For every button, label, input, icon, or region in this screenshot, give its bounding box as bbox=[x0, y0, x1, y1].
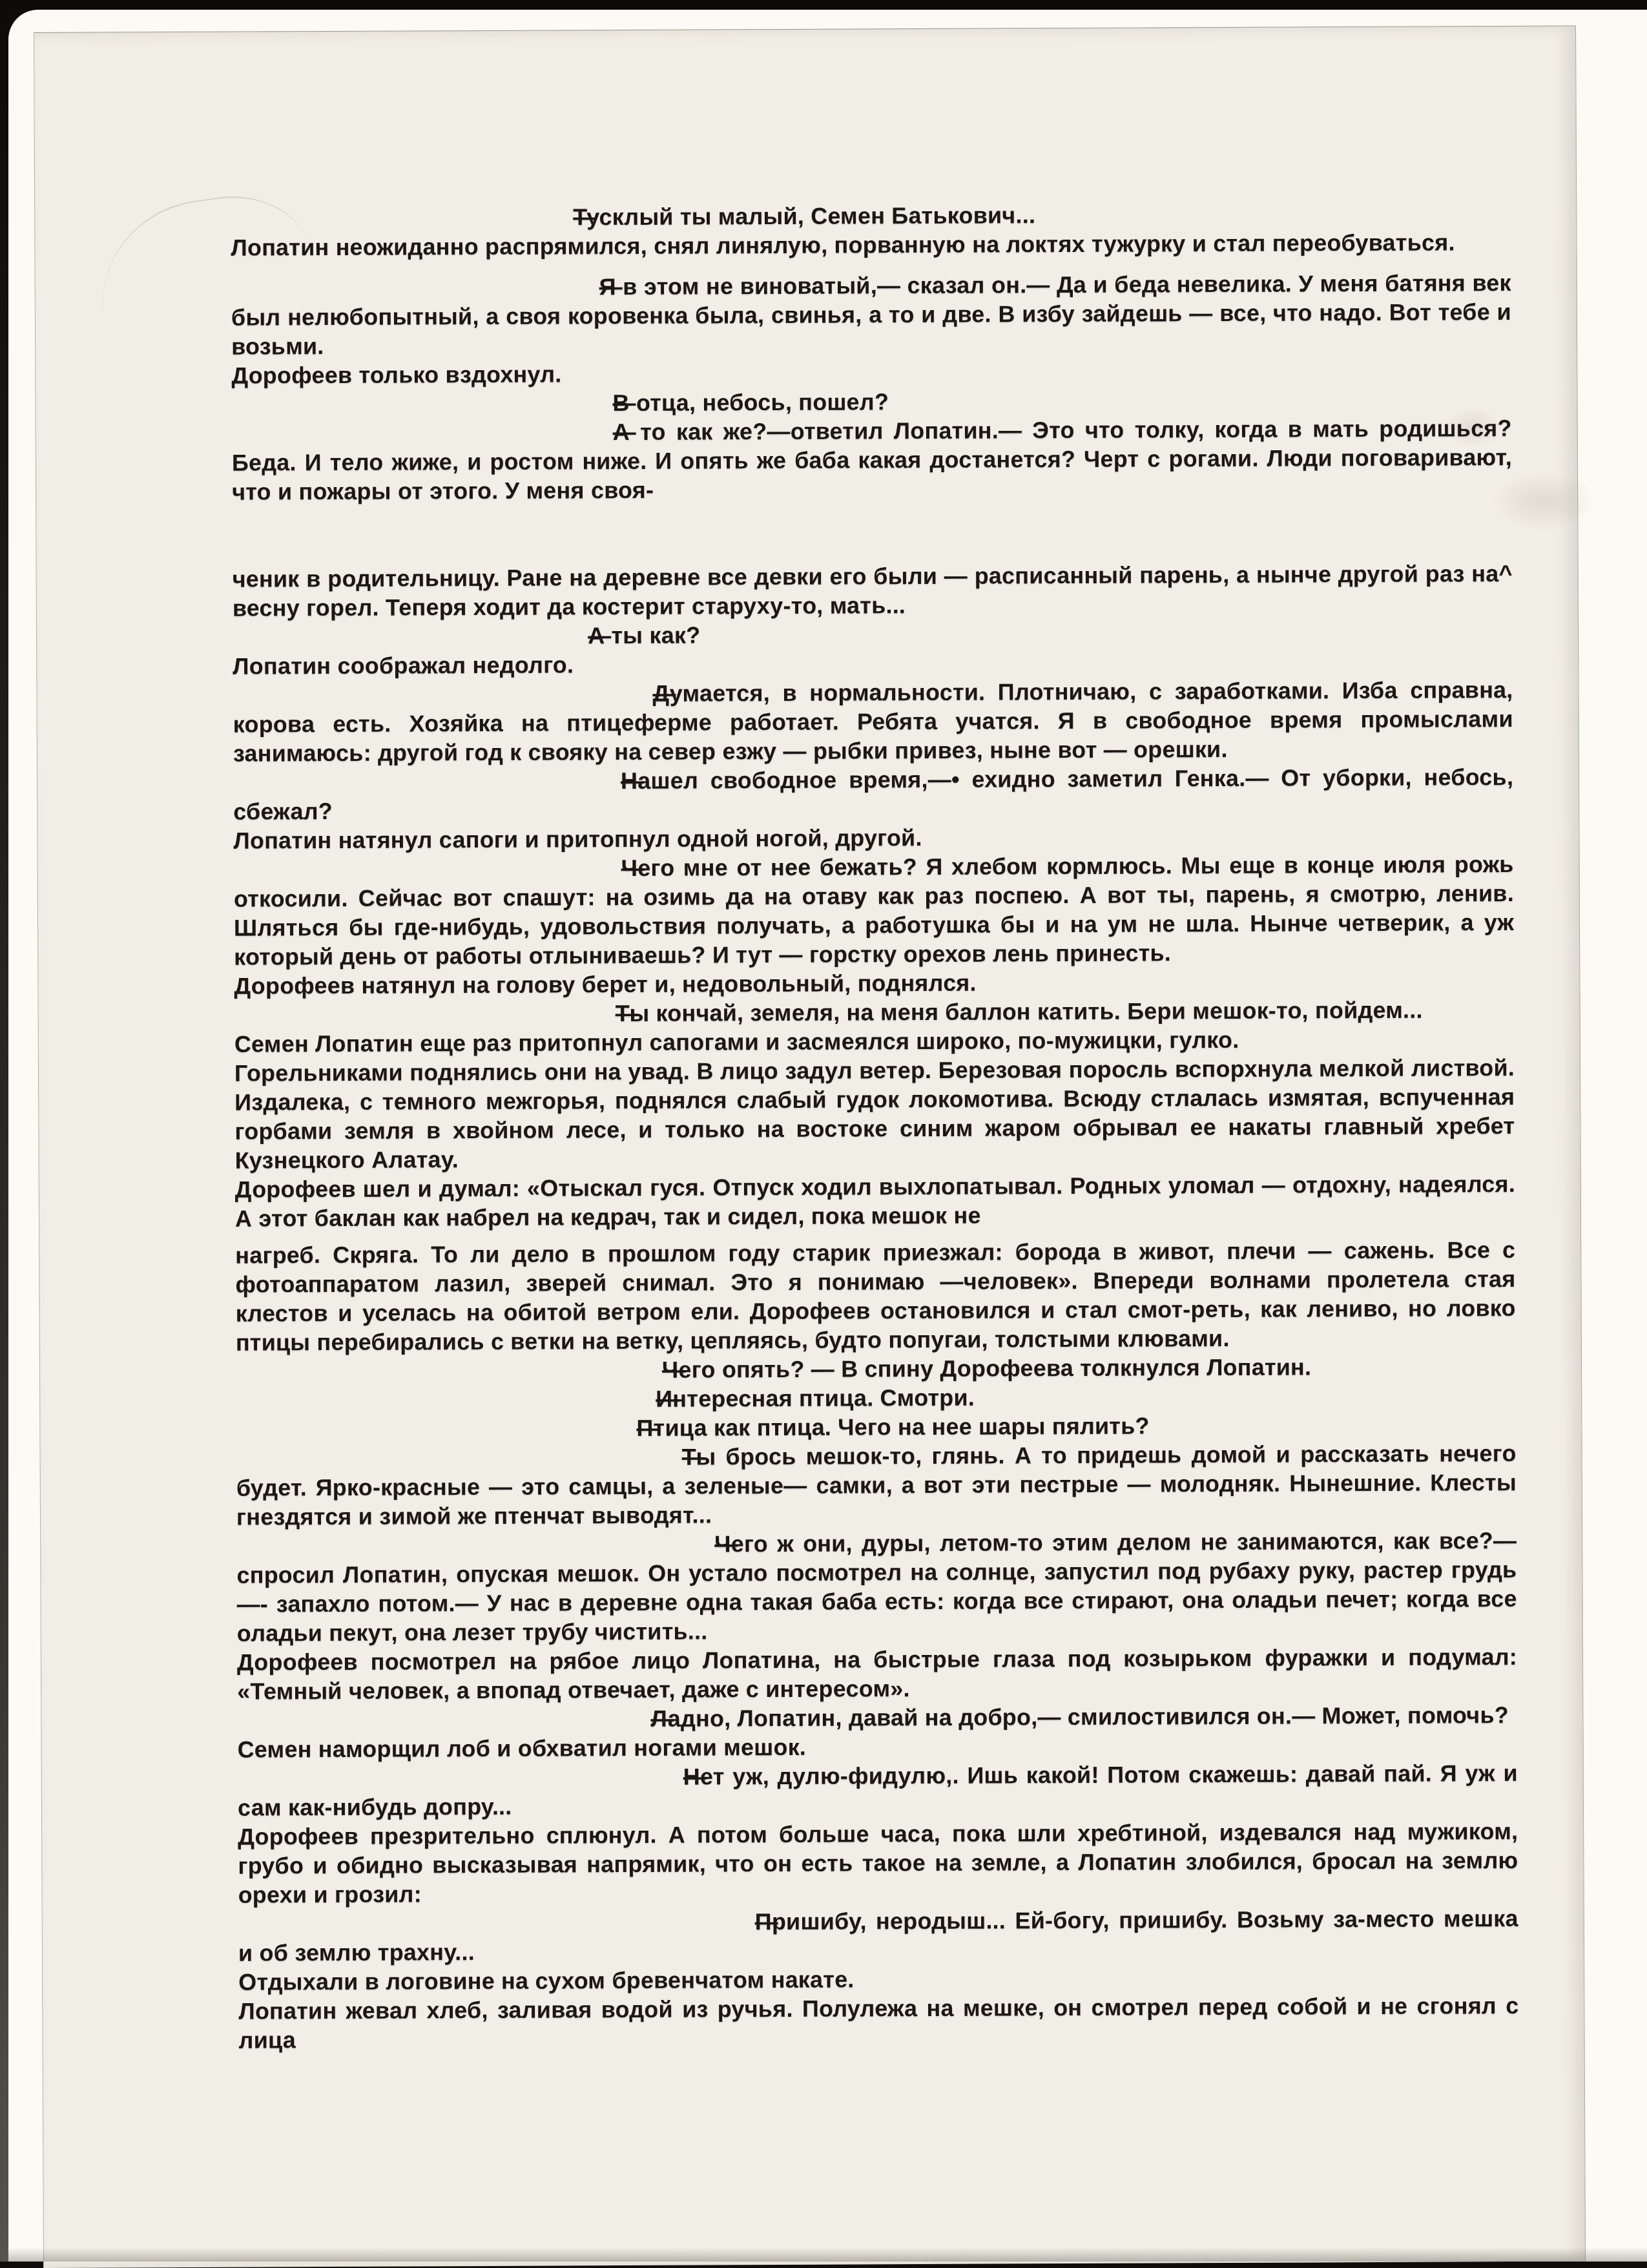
em-dash: — bbox=[232, 417, 636, 448]
paragraph-text: Ладно, Лопатин, давай на добро,— смилост… bbox=[650, 1701, 1509, 1732]
em-dash: — bbox=[237, 1704, 674, 1735]
paragraph-text: Лопатин натянул сапоги и притопнул одной… bbox=[233, 824, 922, 854]
em-dash: — bbox=[236, 1529, 738, 1560]
em-dash: — bbox=[236, 1413, 659, 1444]
scanner-bed-shadow-bottom bbox=[0, 2247, 1647, 2262]
paragraph-text: Лопатин соображал недолго. bbox=[233, 651, 574, 679]
paragraph: —Нашел свободное время,—• ехидно заметил… bbox=[233, 762, 1513, 826]
paragraph: нагреб. Скряга. То ли дело в прошлом год… bbox=[235, 1235, 1516, 1357]
paragraph-text: Лопатин жевал хлеб, заливая водой из руч… bbox=[238, 1992, 1518, 2054]
paragraph: Лопатин неожиданно распрямился, снял лин… bbox=[231, 227, 1511, 262]
em-dash: — bbox=[236, 1442, 705, 1473]
em-dash: — bbox=[233, 679, 676, 710]
paragraph-text: Дорофеев презрительно сплюнул. А потом б… bbox=[238, 1818, 1518, 1908]
paragraph: —Нет уж, дулю-фидулю,. Ишь какой! Потом … bbox=[238, 1758, 1518, 1822]
em-dash: — bbox=[231, 202, 596, 233]
em-dash: — bbox=[233, 766, 644, 797]
em-dash: — bbox=[236, 1355, 685, 1386]
paragraph-text: нагреб. Скряга. То ли дело в прошлом год… bbox=[235, 1236, 1516, 1356]
page: —Тусклый ты малый, Семен Батькович...Лоп… bbox=[34, 26, 1586, 2262]
page-text: —Тусклый ты малый, Семен Батькович...Лоп… bbox=[231, 198, 1518, 2055]
paragraph: —А то как же?—ответил Лопатин.— Это что … bbox=[232, 413, 1513, 506]
paragraph-text: В отца, небось, пошел? bbox=[612, 388, 889, 416]
em-dash: — bbox=[236, 1384, 679, 1415]
paragraph-text: Семен наморщил лоб и обхватил ногами меш… bbox=[238, 1734, 807, 1763]
paragraph-text: Ты кончай, земеля, на меня баллон катить… bbox=[616, 997, 1423, 1026]
em-dash: — bbox=[238, 1907, 778, 1939]
paragraph-text: Дорофеев только вздохнул. bbox=[231, 360, 561, 388]
paragraph: Лопатин жевал хлеб, заливая водой из руч… bbox=[238, 1991, 1518, 2055]
paragraph: Дорофеев шел и думал: «Отыскал гуся. Отп… bbox=[235, 1169, 1515, 1233]
paragraph-text: Семен Лопатин еще раз притопнул сапогами… bbox=[234, 1026, 1239, 1057]
paragraph-text: Интересная птица. Смотри. bbox=[656, 1384, 975, 1412]
paragraph-text: Дорофеев шел и думал: «Отыскал гуся. Отп… bbox=[235, 1170, 1515, 1232]
paragraph-text: Дорофеев натянул на голову берет и, недо… bbox=[234, 970, 976, 999]
scanned-page: —Тусклый ты малый, Семен Батькович...Лоп… bbox=[0, 0, 1647, 2262]
paragraph: —Думается, в нормальности. Плотничаю, с … bbox=[233, 675, 1513, 768]
paragraph-text: Горельниками поднялись они на увад. В ли… bbox=[234, 1054, 1515, 1174]
em-dash: — bbox=[234, 999, 639, 1030]
paragraph: —Ты брось мешок-то, глянь. А то придешь … bbox=[236, 1439, 1517, 1532]
paragraph-text: ченик в родительницу. Ране на деревне вс… bbox=[233, 560, 1513, 621]
em-dash: — bbox=[231, 272, 623, 303]
paragraph-text: Отдыхали в логовине на сухом бревенчатом… bbox=[238, 1966, 855, 1995]
paragraph-text: Тусклый ты малый, Семен Батькович... bbox=[573, 202, 1035, 230]
paragraph-text: Дорофеев посмотрел на рябое лицо Лопатин… bbox=[237, 1643, 1517, 1705]
paragraph: —Чего ж они, дуры, летом-то этим делом н… bbox=[236, 1526, 1517, 1648]
paragraph-text: Лопатин неожиданно распрямился, снял лин… bbox=[231, 229, 1455, 260]
paragraph: —Чего мне от нее бежать? Я хлебом кормлю… bbox=[234, 849, 1515, 972]
paragraph: Дорофеев посмотрел на рябое лицо Лопатин… bbox=[237, 1642, 1517, 1706]
paragraph: ченик в родительницу. Ране на деревне вс… bbox=[233, 559, 1513, 623]
em-dash: — bbox=[238, 1762, 707, 1793]
scanner-bed-edge-top bbox=[0, 0, 1647, 10]
scanner-bed-edge-left bbox=[0, 0, 8, 2262]
em-dash: — bbox=[231, 388, 636, 419]
paragraph: —Пришибу, неродыш... Ей-богу, пришибу. В… bbox=[238, 1904, 1518, 1968]
paragraph: —Я в этом не виноватый,— сказал он.— Да … bbox=[231, 268, 1512, 361]
paragraph: Дорофеев презрительно сплюнул. А потом б… bbox=[238, 1816, 1518, 1909]
em-dash: — bbox=[234, 853, 645, 884]
paragraph-text: Птица как птица. Чего на нее шары пялить… bbox=[636, 1412, 1149, 1441]
em-dash: — bbox=[233, 621, 611, 652]
paragraph: Горельниками поднялись они на увад. В ли… bbox=[234, 1053, 1515, 1175]
paragraph-text: Чего опять? — В спину Дорофеева толкнулс… bbox=[662, 1353, 1311, 1382]
